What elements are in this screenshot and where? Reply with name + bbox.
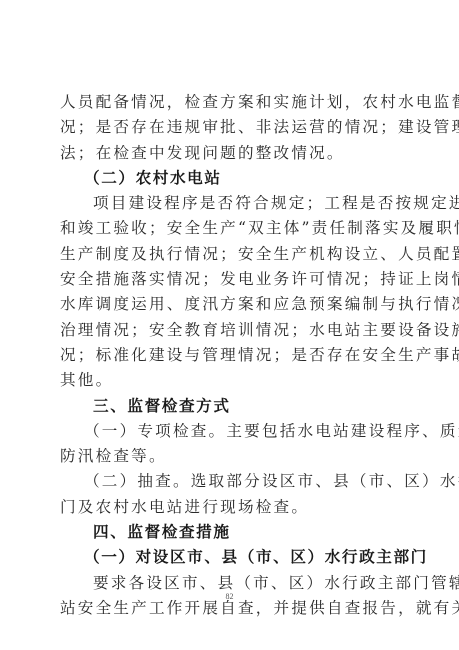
document-page: 人员配备情况，检查方案和实施计划，农村水电监督检查执行情 况；是否存在违规审批、… (0, 0, 459, 650)
body-line: 安全措施落实情况；发电业务许可情况；持证上岗情况；水电站 (60, 267, 400, 292)
body-line: 水库调度运用、度汛方案和应急预案编制与执行情况；隐患排查 (60, 292, 400, 317)
body-line: 人员配备情况，检查方案和实施计划，农村水电监督检查执行情 (60, 90, 400, 115)
body-line: 防汛检查等。 (60, 444, 400, 469)
body-line: 和竣工验收；安全生产“双主体”责任制落实及履职情况；安全 (60, 216, 400, 241)
body-line: 况；是否存在违规审批、非法运营的情况；建设管理程序是否合 (60, 115, 400, 140)
subheading-water-admin-departments: （一）对设区市、县（市、区）水行政主部门 (60, 545, 400, 570)
body-line: （二）抽查。选取部分设区市、县（市、区）水行政主管部 (60, 469, 400, 494)
body-line: 况；标准化建设与管理情况；是否存在安全生产事故漏报、瞒报； (60, 343, 400, 368)
page-body: 人员配备情况，检查方案和实施计划，农村水电监督检查执行情 况；是否存在违规审批、… (60, 90, 400, 621)
body-line: 门及农村水电站进行现场检查。 (60, 495, 400, 520)
body-line: 法；在检查中发现问题的整改情况。 (60, 141, 400, 166)
body-line: 生产制度及执行情况；安全生产机构设立、人员配置情况；现场 (60, 242, 400, 267)
heading-inspection-measures: 四、监督检查措施 (60, 520, 400, 545)
heading-inspection-methods: 三、监督检查方式 (60, 394, 400, 419)
body-line: （一）专项检查。主要包括水电站建设程序、质量与安全、 (60, 419, 400, 444)
body-line: 其他。 (60, 368, 400, 393)
body-line: 项目建设程序是否符合规定；工程是否按规定进行阶段验收 (60, 191, 400, 216)
subheading-rural-hydropower-station: （二）农村水电站 (60, 166, 400, 191)
page-number: 82 (0, 592, 459, 601)
body-line: 治理情况；安全教育培训情况；水电站主要设备设施安全运行情 (60, 318, 400, 343)
